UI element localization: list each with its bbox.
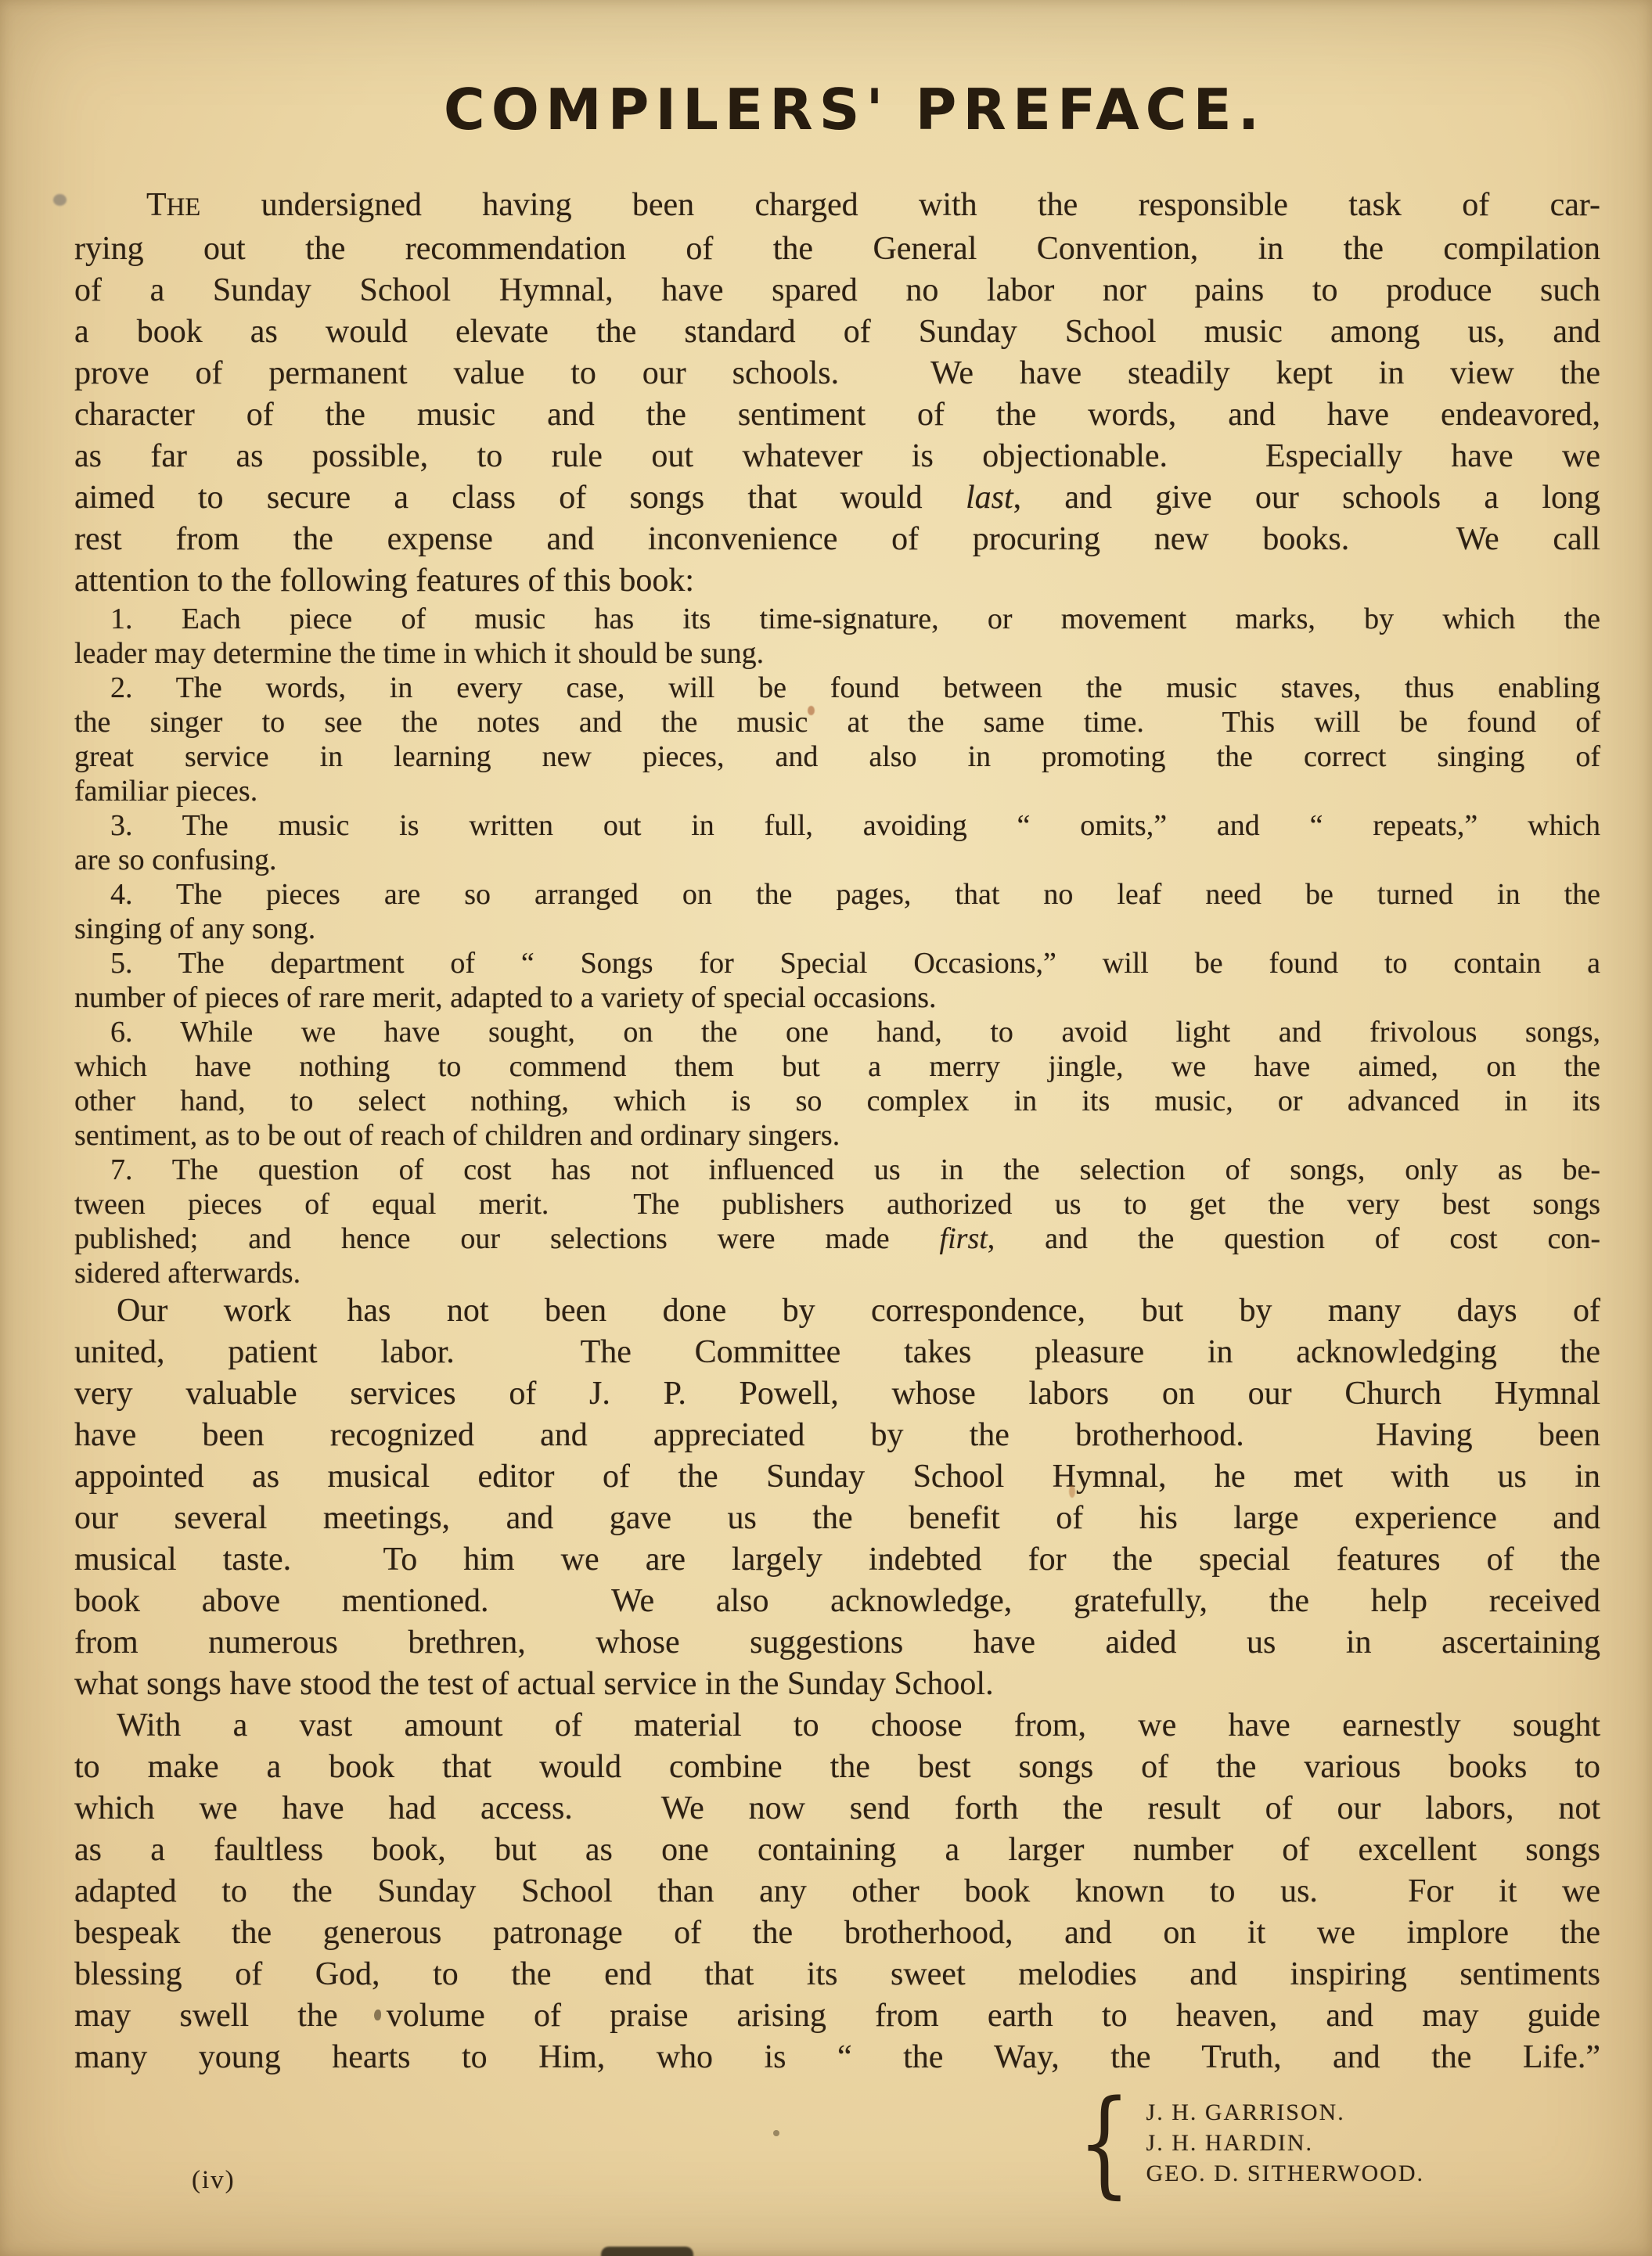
paragraph: THE undersigned having been charged with…: [74, 185, 1600, 602]
page-number: (iv): [192, 2166, 236, 2195]
text-line: musical taste. To him we are largely ind…: [74, 1539, 1600, 1581]
text-line: sidered afterwards.: [74, 1256, 1600, 1290]
text-line: great service in learning new pieces, an…: [74, 739, 1600, 774]
text-line: rest from the expense and inconvenience …: [74, 519, 1600, 560]
text-line: book above mentioned. We also acknowledg…: [74, 1581, 1600, 1622]
signature-brace-glyph: {: [1078, 2091, 1132, 2195]
signature-name: J. H. GARRISON.: [1146, 2097, 1424, 2128]
book-page: COMPILERS' PREFACE. THE undersigned havi…: [0, 0, 1652, 2256]
text-line: Our work has not been done by correspond…: [74, 1290, 1600, 1332]
text-line: published; and hence our selections were…: [74, 1222, 1600, 1256]
text-line: 4. The pieces are so arranged on the pag…: [74, 877, 1600, 912]
text-line: 2. The words, in every case, will be fou…: [74, 671, 1600, 705]
signature-name: J. H. HARDIN.: [1146, 2128, 1424, 2158]
text-line: tween pieces of equal merit. The publish…: [74, 1187, 1600, 1222]
text-block: COMPILERS' PREFACE. THE undersigned havi…: [0, 0, 1652, 2195]
text-line: are so confusing.: [74, 843, 1600, 877]
paragraph: 6. While we have sought, on the one hand…: [74, 1015, 1600, 1153]
text-line: bespeak the generous patronage of the br…: [74, 1912, 1600, 1954]
text-line: many young hearts to Him, who is “ the W…: [74, 2037, 1600, 2078]
text-line: 6. While we have sought, on the one hand…: [74, 1015, 1600, 1049]
signature-block: { J. H. GARRISON.J. H. HARDIN.GEO. D. SI…: [1067, 2091, 1424, 2195]
signature-names: J. H. GARRISON.J. H. HARDIN.GEO. D. SITH…: [1146, 2097, 1424, 2189]
text-line: which have nothing to commend them but a…: [74, 1049, 1600, 1084]
paragraph: 3. The music is written out in full, avo…: [74, 808, 1600, 877]
page-footer: (iv) { J. H. GARRISON.J. H. HARDIN.GEO. …: [74, 2091, 1600, 2195]
paragraph: With a vast amount of material to choose…: [74, 1705, 1600, 2078]
text-line: blessing of God, to the end that its swe…: [74, 1954, 1600, 1995]
text-line: attention to the following features of t…: [74, 560, 1600, 602]
text-line: united, patient labor. The Committee tak…: [74, 1332, 1600, 1373]
paragraph: 1. Each piece of music has its time-sign…: [74, 602, 1600, 671]
text-line: With a vast amount of material to choose…: [74, 1705, 1600, 1747]
text-line: singing of any song.: [74, 912, 1600, 946]
text-line: a book as would elevate the standard of …: [74, 311, 1600, 353]
text-line: 1. Each piece of music has its time-sign…: [74, 602, 1600, 636]
paragraph: 7. The question of cost has not influenc…: [74, 1153, 1600, 1290]
text-line: character of the music and the sentiment…: [74, 394, 1600, 436]
paper-speckle: [1069, 1485, 1075, 1498]
text-line: other hand, to select nothing, which is …: [74, 1084, 1600, 1118]
paragraph: 4. The pieces are so arranged on the pag…: [74, 877, 1600, 946]
text-line: the singer to see the notes and the musi…: [74, 705, 1600, 739]
text-line: THE undersigned having been charged with…: [74, 185, 1600, 228]
text-line: sentiment, as to be out of reach of chil…: [74, 1118, 1600, 1153]
text-line: our several meetings, and gave us the be…: [74, 1498, 1600, 1539]
text-line: may swell the volume of praise arising f…: [74, 1995, 1600, 2037]
text-line: 5. The department of “ Songs for Special…: [74, 946, 1600, 980]
text-line: of a Sunday School Hymnal, have spared n…: [74, 270, 1600, 311]
paragraph: 2. The words, in every case, will be fou…: [74, 671, 1600, 808]
page-title: COMPILERS' PREFACE.: [92, 0, 1618, 142]
text-line: as a faultless book, but as one containi…: [74, 1830, 1600, 1871]
text-line: 7. The question of cost has not influenc…: [74, 1153, 1600, 1187]
paragraph: Our work has not been done by correspond…: [74, 1290, 1600, 1705]
paper-speckle: [773, 2130, 779, 2136]
paper-speckle: [374, 2010, 381, 2020]
preface-body: THE undersigned having been charged with…: [74, 185, 1600, 2078]
text-line: number of pieces of rare merit, adapted …: [74, 980, 1600, 1015]
paragraph: 5. The department of “ Songs for Special…: [74, 946, 1600, 1015]
text-line: adapted to the Sunday School than any ot…: [74, 1871, 1600, 1912]
text-line: from numerous brethren, whose suggestion…: [74, 1622, 1600, 1664]
text-line: which we have had access. We now send fo…: [74, 1788, 1600, 1830]
text-line: have been recognized and appreciated by …: [74, 1415, 1600, 1456]
text-line: very valuable services of J. P. Powell, …: [74, 1373, 1600, 1415]
scan-edge-mark: [601, 2247, 693, 2256]
text-line: familiar pieces.: [74, 774, 1600, 808]
text-line: prove of permanent value to our schools.…: [74, 353, 1600, 394]
text-line: as far as possible, to rule out whatever…: [74, 436, 1600, 477]
text-line: leader may determine the time in which i…: [74, 636, 1600, 671]
text-line: to make a book that would combine the be…: [74, 1747, 1600, 1788]
signature-name: GEO. D. SITHERWOOD.: [1146, 2158, 1424, 2189]
paper-speckle: [808, 706, 815, 715]
paper-speckle: [53, 194, 67, 206]
text-line: what songs have stood the test of actual…: [74, 1664, 1600, 1705]
text-line: rying out the recommendation of the Gene…: [74, 228, 1600, 270]
text-line: aimed to secure a class of songs that wo…: [74, 477, 1600, 519]
text-line: 3. The music is written out in full, avo…: [74, 808, 1600, 843]
text-line: appointed as musical editor of the Sunda…: [74, 1456, 1600, 1498]
